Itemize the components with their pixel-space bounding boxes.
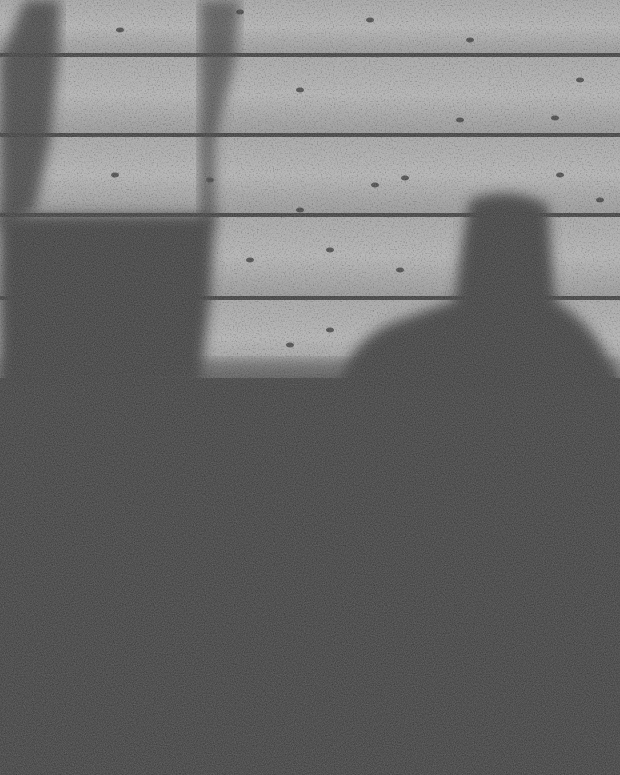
- steps-shadow-scene: [0, 0, 620, 775]
- photograph: [0, 0, 620, 775]
- grain-light: [0, 0, 620, 775]
